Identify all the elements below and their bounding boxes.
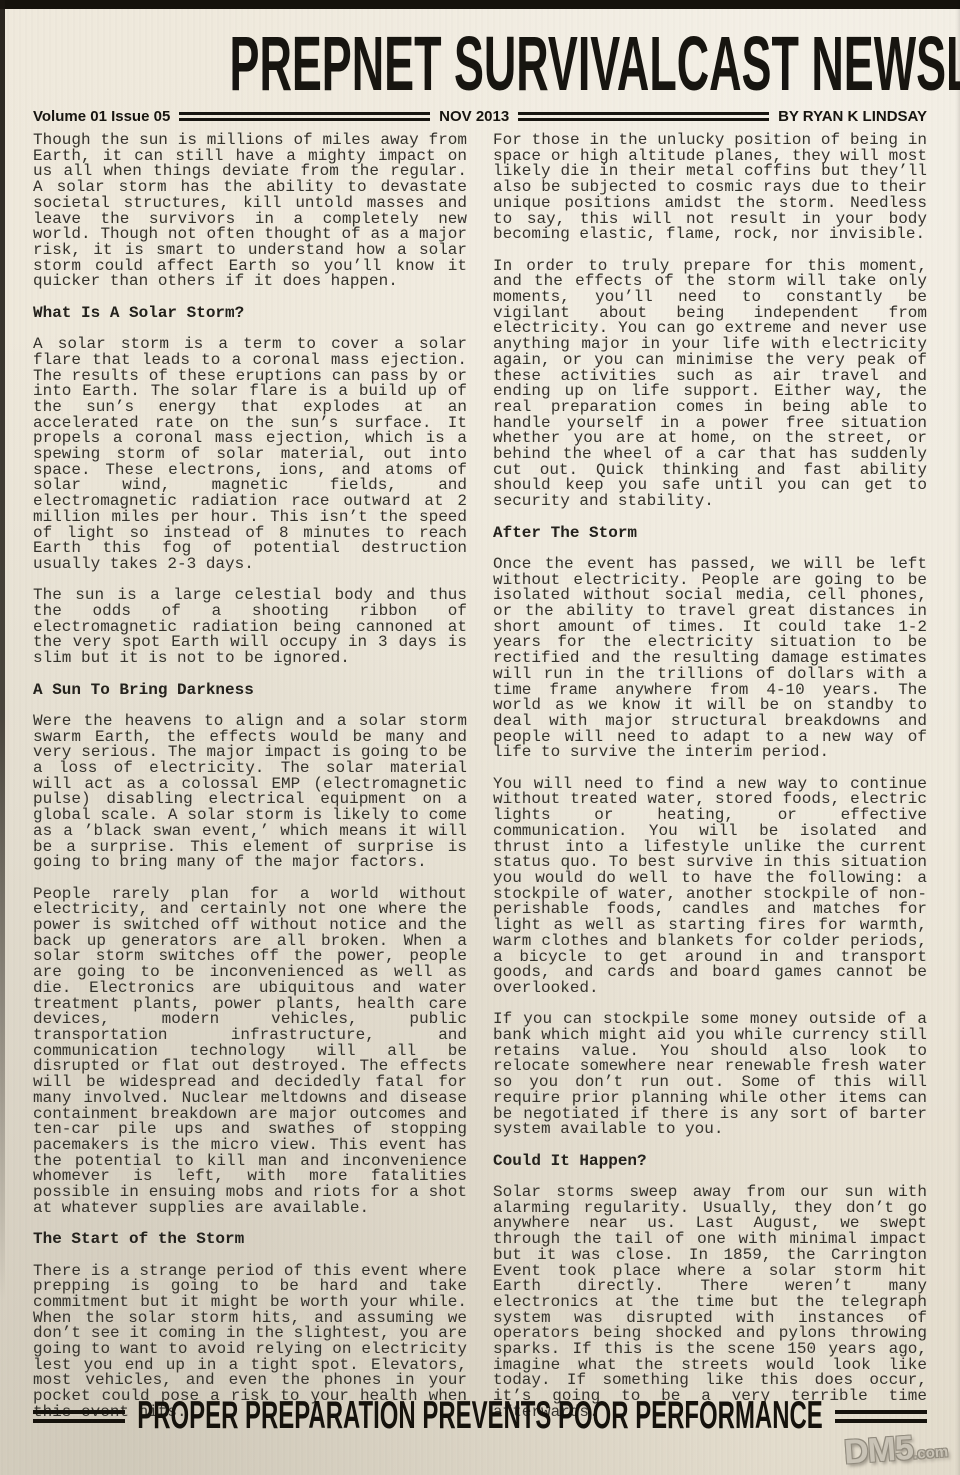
byline-label: BY RYAN K LINDSAY xyxy=(778,108,927,125)
masthead-subline: Volume 01 Issue 05 NOV 2013 BY RYAN K LI… xyxy=(33,105,927,127)
dm5-watermark: DM5.com xyxy=(843,1426,949,1472)
paragraph: People rarely plan for a world without e… xyxy=(33,887,467,1217)
paragraph: Solar storms sweep away from our sun wit… xyxy=(493,1185,927,1421)
paragraph: Though the sun is millions of miles away… xyxy=(33,133,467,290)
footer-slogan-row: PROPER PREPARATION PREVENTS POOR PERFORM… xyxy=(33,1398,927,1434)
divider-rule xyxy=(518,112,769,121)
dm5-watermark-suffix: .com xyxy=(913,1443,949,1462)
section-heading: The Start of the Storm xyxy=(33,1232,467,1248)
paragraph: Were the heavens to align and a solar st… xyxy=(33,714,467,871)
dm5-watermark-main: DM5 xyxy=(843,1429,914,1472)
paragraph: For those in the unlucky position of bei… xyxy=(493,133,927,243)
date-label: NOV 2013 xyxy=(439,108,509,125)
right-edge-shadow xyxy=(956,0,960,1475)
paragraph: Once the event has passed, we will be le… xyxy=(493,557,927,761)
section-heading: After The Storm xyxy=(493,526,927,542)
newsletter-title-text: PREPNET SURVIVALCAST NEWSLETTER xyxy=(230,20,960,108)
top-border-bar xyxy=(0,0,960,9)
column-right: For those in the unlucky position of bei… xyxy=(493,133,927,1421)
masthead: PREPNET SURVIVALCAST NEWSLETTER Volume 0… xyxy=(0,9,960,127)
divider-rule xyxy=(179,112,430,121)
paragraph: You will need to find a new way to conti… xyxy=(493,777,927,997)
newsletter-page: { "colors": { "paper": "#ece6d8", "ink":… xyxy=(0,0,960,1475)
section-heading: A Sun To Bring Darkness xyxy=(33,683,467,699)
paragraph: If you can stockpile some money outside … xyxy=(493,1012,927,1138)
paragraph: A solar storm is a term to cover a solar… xyxy=(33,337,467,573)
column-left: Though the sun is millions of miles away… xyxy=(33,133,467,1421)
section-heading: What Is A Solar Storm? xyxy=(33,306,467,322)
section-heading: Could It Happen? xyxy=(493,1154,927,1170)
footer-slogan: PROPER PREPARATION PREVENTS POOR PERFORM… xyxy=(135,1398,825,1434)
paragraph: The sun is a large celestial body and th… xyxy=(33,588,467,667)
paragraph: In order to truly prepare for this momen… xyxy=(493,259,927,510)
volume-issue-label: Volume 01 Issue 05 xyxy=(33,108,170,125)
article-body: Though the sun is millions of miles away… xyxy=(33,133,927,1421)
footer-slogan-text: PROPER PREPARATION PREVENTS POOR PERFORM… xyxy=(137,1398,822,1435)
newsletter-title: PREPNET SURVIVALCAST NEWSLETTER xyxy=(0,25,960,103)
left-edge-shadow xyxy=(0,0,5,1300)
footer-divider-rule xyxy=(835,1410,927,1423)
footer-divider-rule xyxy=(33,1410,125,1423)
